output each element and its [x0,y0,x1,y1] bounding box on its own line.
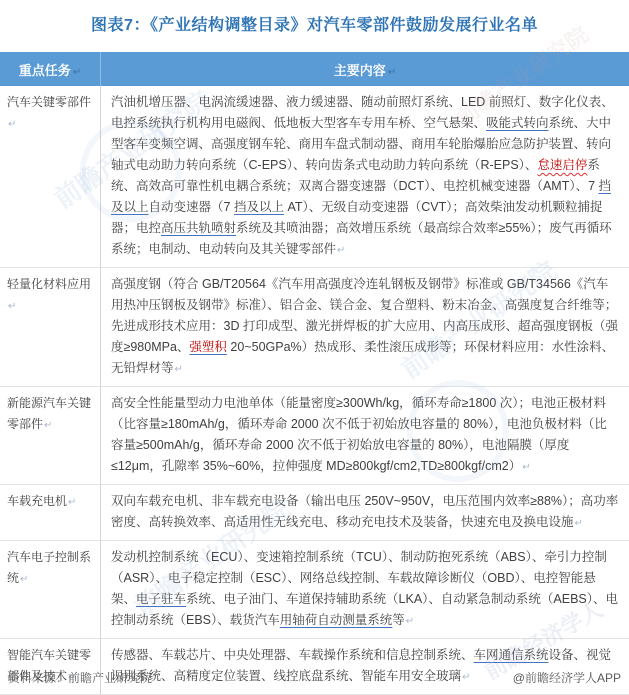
header-main-content: 主要内容↵ [101,52,629,86]
content-highlighted-term: 怠速启停 [537,158,587,172]
header-key-tasks-label: 重点任务 [19,63,71,78]
content-text: 高安全性能量型动力电池单体（能量密度≥300Wh/kg，循环寿命≥1800 次）… [111,396,607,473]
table-row: 新能源汽车关键零部件↵高安全性能量型动力电池单体（能量密度≥300Wh/kg，循… [0,387,629,485]
table-body: 汽车关键零部件↵汽油机增压器、电涡流缓速器、液力缓速器、随动前照灯系统、LED … [0,86,629,695]
return-mark-icon: ↵ [8,119,16,130]
task-cell: 汽车关键零部件↵ [0,86,101,268]
content-cell: 传感器、车载芯片、中央处理器、车载操作系统和信息控制系统、车网通信系统设备、视觉… [101,639,629,695]
content-cell: 高强度钢（符合 GB/T20564《汽车用高强度冷连轧钢板及钢带》标准或 GB/… [101,268,629,387]
header-main-content-label: 主要内容 [334,63,386,78]
task-cell: 车载充电机↵ [0,485,101,541]
table-row: 汽车关键零部件↵汽油机增压器、电涡流缓速器、液力缓速器、随动前照灯系统、LED … [0,86,629,268]
table-row: 汽车电子控制系统↵发动机控制系统（ECU）、变速箱控制系统（TCU）、制动防抱死… [0,541,629,639]
content-highlighted-term: 电子驻车 [136,592,186,606]
task-cell: 智能汽车关键零部件及技术↵ [0,639,101,695]
table-row: 轻量化材料应用↵高强度钢（符合 GB/T20564《汽车用高强度冷连轧钢板及钢带… [0,268,629,387]
content-highlighted-term: 高压共轨喷射 [161,221,236,235]
task-label: 轻量化材料应用 [7,277,91,291]
content-highlighted-term: 吸能式转向 [486,116,549,130]
content-highlighted-term: 挡及以上 [234,200,284,214]
content-highlighted-term: 用轴荷自动测量系统 [280,613,393,627]
content-cell: 高安全性能量型动力电池单体（能量密度≥300Wh/kg，循环寿命≥1800 次）… [101,387,629,485]
return-mark-icon: ↵ [175,364,183,375]
return-mark-icon: ↵ [388,67,396,78]
content-highlighted-term: 强塑积 [189,340,227,354]
return-mark-icon: ↵ [406,616,414,627]
catalog-table: 重点任务↵ 主要内容↵ 汽车关键零部件↵汽油机增压器、电涡流缓速器、液力缓速器、… [0,52,629,695]
return-mark-icon: ↵ [575,518,583,529]
content-text: 传感器、车载芯片、中央处理器、车载操作系统和信息控制系统、 [111,648,474,662]
content-cell: 发动机控制系统（ECU）、变速箱控制系统（TCU）、制动防抱死系统（ABS）、牵… [101,541,629,639]
return-mark-icon: ↵ [68,497,76,508]
task-cell: 轻量化材料应用↵ [0,268,101,387]
task-cell: 新能源汽车关键零部件↵ [0,387,101,485]
return-mark-icon: ↵ [20,574,28,585]
footer: 资料来源：前瞻产业研究院 @前瞻经济学人APP [8,669,621,686]
task-label: 汽车关键零部件 [7,95,91,109]
header-key-tasks: 重点任务↵ [0,52,101,86]
content-text: 双向车载充电机、非车载充电设备（输出电压 250V~950V，电压范围内效率≥8… [111,494,618,529]
return-mark-icon: ↵ [337,245,345,256]
content-cell: 汽油机增压器、电涡流缓速器、液力缓速器、随动前照灯系统、LED 前照灯、数字化仪… [101,86,629,268]
task-label: 车载充电机 [7,494,67,508]
content-text: 等 [392,613,405,627]
content-text: 自动变速器（7 [149,200,234,214]
return-mark-icon: ↵ [8,301,16,312]
return-mark-icon: ↵ [44,420,52,431]
table-row: 车载充电机↵双向车载充电机、非车载充电设备（输出电压 250V~950V，电压范… [0,485,629,541]
content-highlighted-term: 车网通信系统 [474,648,549,662]
return-mark-icon: ↵ [522,462,530,473]
return-mark-icon: ↵ [73,67,81,78]
table-header-row: 重点任务↵ 主要内容↵ [0,52,629,86]
task-cell: 汽车电子控制系统↵ [0,541,101,639]
page-title: 图表7：《产业结构调整目录》对汽车零部件鼓励发展行业名单 [0,0,629,35]
content-cell: 双向车载充电机、非车载充电设备（输出电压 250V~950V，电压范围内效率≥8… [101,485,629,541]
brand-note: @前瞻经济学人APP [513,669,621,686]
source-note: 资料来源：前瞻产业研究院 [8,669,152,686]
table-row: 智能汽车关键零部件及技术↵传感器、车载芯片、中央处理器、车载操作系统和信息控制系… [0,639,629,695]
